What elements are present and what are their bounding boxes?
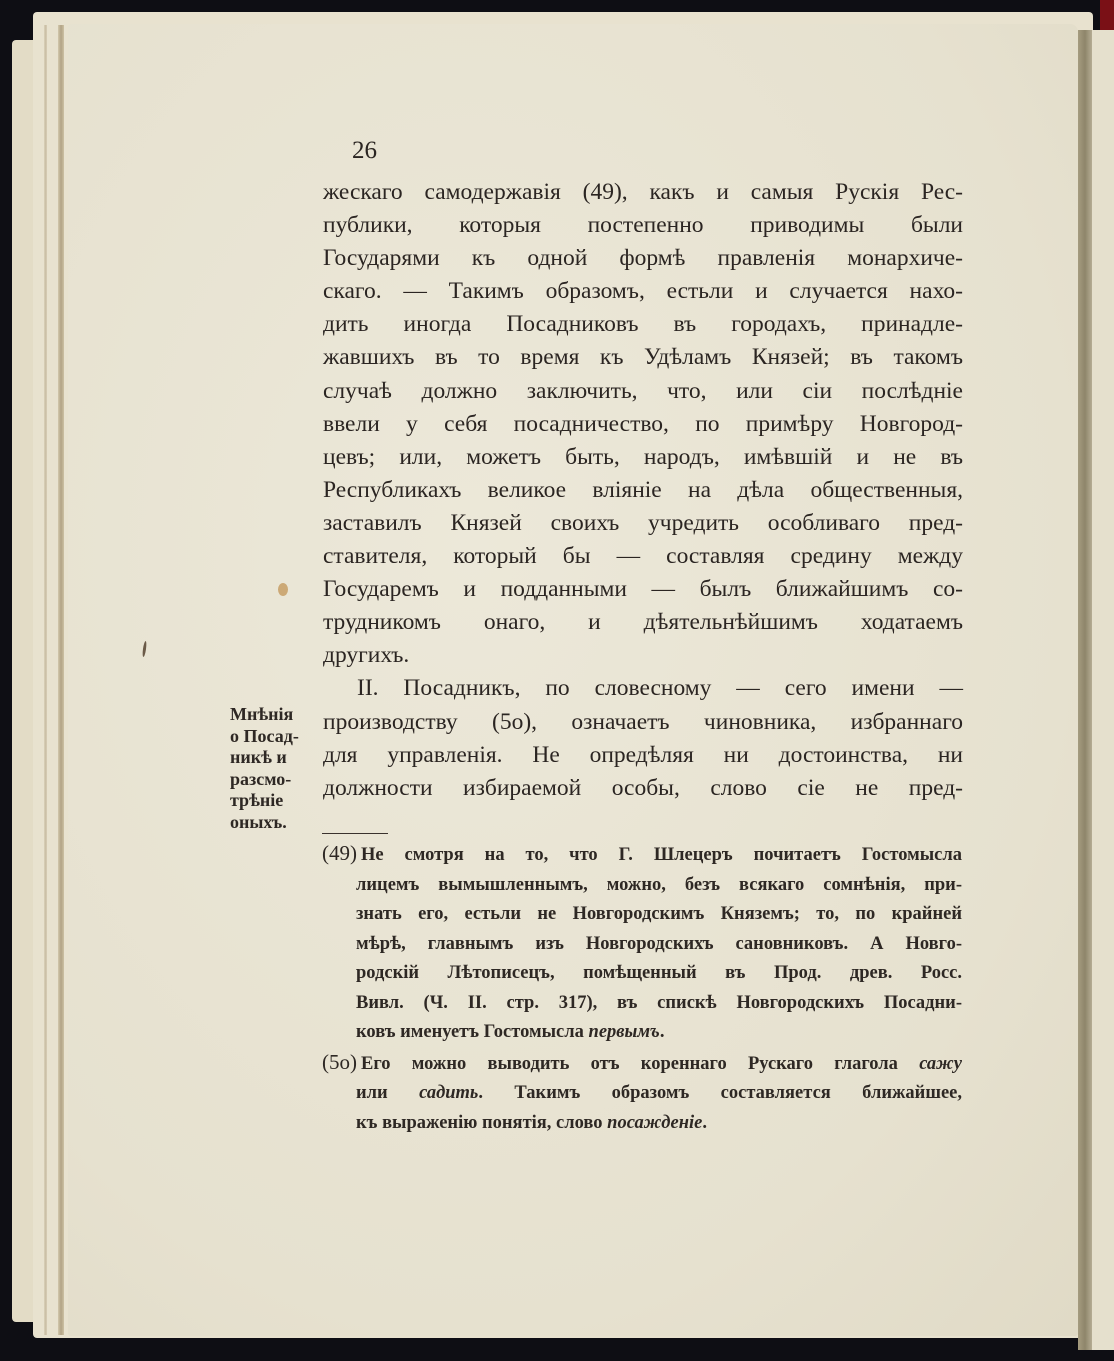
margin-note: Мнѣнія о Посад- никѣ и разсмо- трѣніе он… xyxy=(230,704,320,833)
gutter-shadow xyxy=(1078,30,1092,1350)
footnote-text: или xyxy=(356,1083,419,1103)
book-cover-corner xyxy=(1100,0,1114,30)
footnote-italic-term: первымъ xyxy=(589,1022,660,1042)
body-line: Государемъ и подданными — былъ ближайшим… xyxy=(323,573,963,606)
footnote-separator xyxy=(322,833,388,834)
margin-note-line: Мнѣнія xyxy=(230,704,320,726)
footnote-line: знать его, естьли не Новгородскимъ Князе… xyxy=(322,900,962,930)
footnote-line: Вивл. (Ч. II. стр. 317), въ спискѣ Новго… xyxy=(322,989,962,1019)
page-edge-line xyxy=(58,25,64,1335)
body-line: случаѣ должно заключить, что, или сіи по… xyxy=(323,375,963,408)
paper-mark xyxy=(142,641,147,657)
scanned-book-scene: 26 жескаго самодержавія (49), какъ и сам… xyxy=(0,0,1114,1361)
body-line: жавшихъ въ то время къ Удѣламъ Князей; в… xyxy=(323,341,963,374)
footnote-line: ковъ именуетъ Гостомысла первымъ. xyxy=(322,1018,962,1048)
footnote-italic-term: посажденіе xyxy=(607,1113,702,1133)
body-line: производству (5о), означаетъ чиновника, … xyxy=(323,706,963,739)
footnote-text: Его можно выводить отъ кореннаго Рускаго… xyxy=(361,1054,919,1074)
footnote-50: (5о)Его можно выводить отъ кореннаго Рус… xyxy=(322,1048,962,1139)
body-line: ввели у себя посадничество, по примѣру Н… xyxy=(323,408,963,441)
facing-page-strip xyxy=(1092,30,1114,1350)
margin-note-line: трѣніе xyxy=(230,790,320,812)
body-line: должности избираемой особы, слово сіе не… xyxy=(323,772,963,805)
footnote-line: лицемъ вымышленнымъ, можно, безъ всякаго… xyxy=(322,871,962,901)
footnote-italic-term: сажу xyxy=(919,1054,962,1074)
body-line: цевъ; или, можетъ быть, народъ, имѣвшій … xyxy=(323,441,963,474)
section-start-line: II. Посадникъ, по словесному — сего имен… xyxy=(323,672,963,705)
footnote-line: мѣрѣ, главнымъ изъ Новгородскихъ сановни… xyxy=(322,930,962,960)
footnote-49: (49)Не смотря на то, что Г. Шлецеръ почи… xyxy=(322,839,962,1048)
body-line: Республикахъ великое вліяніе на дѣла общ… xyxy=(323,474,963,507)
margin-note-line: никѣ и xyxy=(230,747,320,769)
footnote-text: . xyxy=(660,1022,665,1042)
margin-note-line: разсмо- xyxy=(230,769,320,791)
page-edge-line xyxy=(44,25,47,1335)
body-line: ставителя, который бы — составляя средин… xyxy=(323,540,963,573)
body-line: публики, которыя постепенно приводимы бы… xyxy=(323,209,963,242)
footnote-line: или садить. Такимъ образомъ составляется… xyxy=(322,1079,962,1109)
footnote-line: родскій Лѣтописецъ, помѣщенный въ Прод. … xyxy=(322,959,962,989)
page-number: 26 xyxy=(352,137,377,165)
margin-note-line: оныхъ. xyxy=(230,812,320,834)
footnotes: (49)Не смотря на то, что Г. Шлецеръ почи… xyxy=(322,839,962,1138)
paper-stain xyxy=(278,583,288,596)
footnote-marker: (5о) xyxy=(322,1050,357,1074)
footnote-italic-term: садить xyxy=(419,1083,478,1103)
footnote-line: (49)Не смотря на то, что Г. Шлецеръ почи… xyxy=(322,839,962,871)
footnote-text: Не смотря на то, что Г. Шлецеръ почитает… xyxy=(361,845,962,865)
margin-note-line: о Посад- xyxy=(230,726,320,748)
body-line: другихъ. xyxy=(323,639,963,672)
body-line: скаго. — Такимъ образомъ, естьли и случа… xyxy=(323,275,963,308)
footnote-text: . xyxy=(702,1113,707,1133)
body-line: дить иногда Посадниковъ въ городахъ, при… xyxy=(323,308,963,341)
body-line: заставилъ Князей своихъ учредить особлив… xyxy=(323,507,963,540)
footnote-text: . Такимъ образомъ составляется ближайшее… xyxy=(478,1083,962,1103)
body-line: Государями къ одной формѣ правленія мона… xyxy=(323,242,963,275)
body-line: жескаго самодержавія (49), какъ и самыя … xyxy=(323,176,963,209)
body-text: жескаго самодержавія (49), какъ и самыя … xyxy=(323,176,963,805)
footnote-text: ковъ именуетъ Гостомысла xyxy=(356,1022,589,1042)
footnote-marker: (49) xyxy=(322,841,357,865)
footnote-line: (5о)Его можно выводить отъ кореннаго Рус… xyxy=(322,1048,962,1080)
footnote-text: къ выраженію понятія, слово xyxy=(356,1113,607,1133)
body-line: трудникомъ онаго, и дѣятельнѣйшимъ ходат… xyxy=(323,606,963,639)
body-line: для управленія. Не опредѣляя ни достоинс… xyxy=(323,739,963,772)
footnote-line: къ выраженію понятія, слово посажденіе. xyxy=(322,1109,962,1139)
book-page: 26 жескаго самодержавія (49), какъ и сам… xyxy=(68,24,1078,1336)
